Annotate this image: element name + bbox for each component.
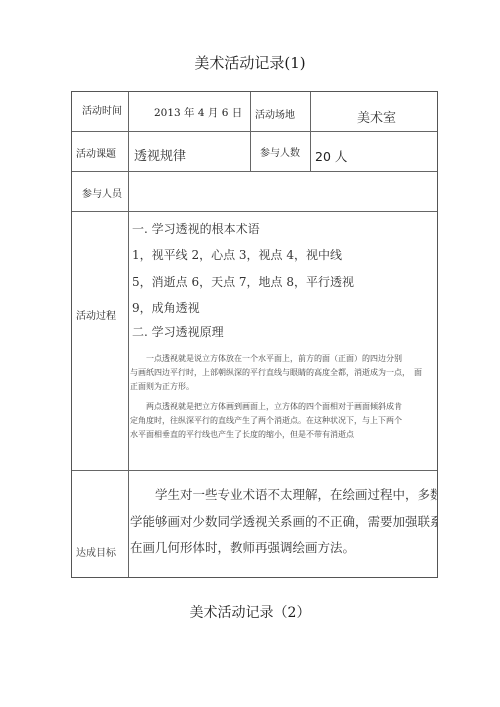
activity-process-label: 活动过程 [76,307,116,322]
process-terms-line-1: 1，视平线 2，心点 3，视点 4，视中线 [132,246,342,263]
row-divider [72,171,437,172]
activity-time-value: 2013 年 4 月 6 日 [154,105,242,120]
record-title-2: 美术活动记录（2） [0,602,500,622]
row-divider [72,131,437,132]
two-point-perspective-paragraph: 两点透视就是把立方体画到画面上，立方体的四个面相对于画面倾斜成肯 定角度时，往纵… [130,400,437,442]
activity-topic-label: 活动课题 [76,145,116,160]
participants-label: 参与人员 [82,185,122,200]
activity-time-label: 活动时间 [82,102,122,117]
process-terms-line-3: 9，成角透视 [132,299,200,316]
record-title-1: 美术活动记录(1) [0,52,500,73]
paragraph-line: 两点透视就是把立方体画到画面上，立方体的四个面相对于画面倾斜成肯 [130,400,437,414]
activity-process-content: 一. 学习透视的根本术语 1，视平线 2，心点 3，视点 4，视中线 5，消逝点… [128,212,437,470]
paragraph-line: 一点透视就是说立方体放在一个水平面上，前方的面（正面）的四边分别 [130,352,437,366]
activity-place-value: 美术室 [357,107,396,126]
column-divider [310,92,311,172]
process-heading-2: 二. 学习透视原理 [132,323,224,340]
process-heading-1: 一. 学习透视的根本术语 [132,220,260,237]
activity-record-table: 活动时间 2013 年 4 月 6 日 活动场地 美术室 活动课题 透视规律 参… [71,91,438,578]
participant-count-label: 参与人数 [260,144,300,159]
achievement-goal-label: 达成目标 [76,544,116,559]
paragraph-line: 定角度时，往纵深平行的直线产生了两个消逝点。在这种状况下，与上下两个 [130,414,437,428]
goal-line: 学能够画对少数同学透视关系画的不正确，需要加强联系。 [130,512,437,530]
participant-count-value: 20 人 [315,147,347,165]
activity-topic-value: 透视规律 [134,145,186,164]
achievement-goal-content: 学生对一些专业术语不太理解，在绘画过程中，多数同 学能够画对少数同学透视关系画的… [128,471,437,577]
one-point-perspective-paragraph: 一点透视就是说立方体放在一个水平面上，前方的面（正面）的四边分别 与画纸四边平行… [130,352,437,394]
paragraph-line: 水平面相垂直的平行线也产生了长度的缩小，但是不带有消逝点 [130,428,437,442]
column-divider [250,92,251,172]
activity-place-label: 活动场地 [255,106,295,121]
paragraph-line: 与画纸四边平行时，上部朝纵深的平行直线与眼睛的高度全都，消逝成为一点， 面 [130,366,437,380]
goal-line: 在画几何形体时，教师再强调绘画方法。 [130,538,355,556]
goal-line: 学生对一些专业术语不太理解，在绘画过程中，多数同 [130,485,437,503]
process-terms-line-2: 5，消逝点 6，天点 7，地点 8，平行透视 [132,273,354,290]
paragraph-line: 正面则为正方形。 [130,380,437,394]
